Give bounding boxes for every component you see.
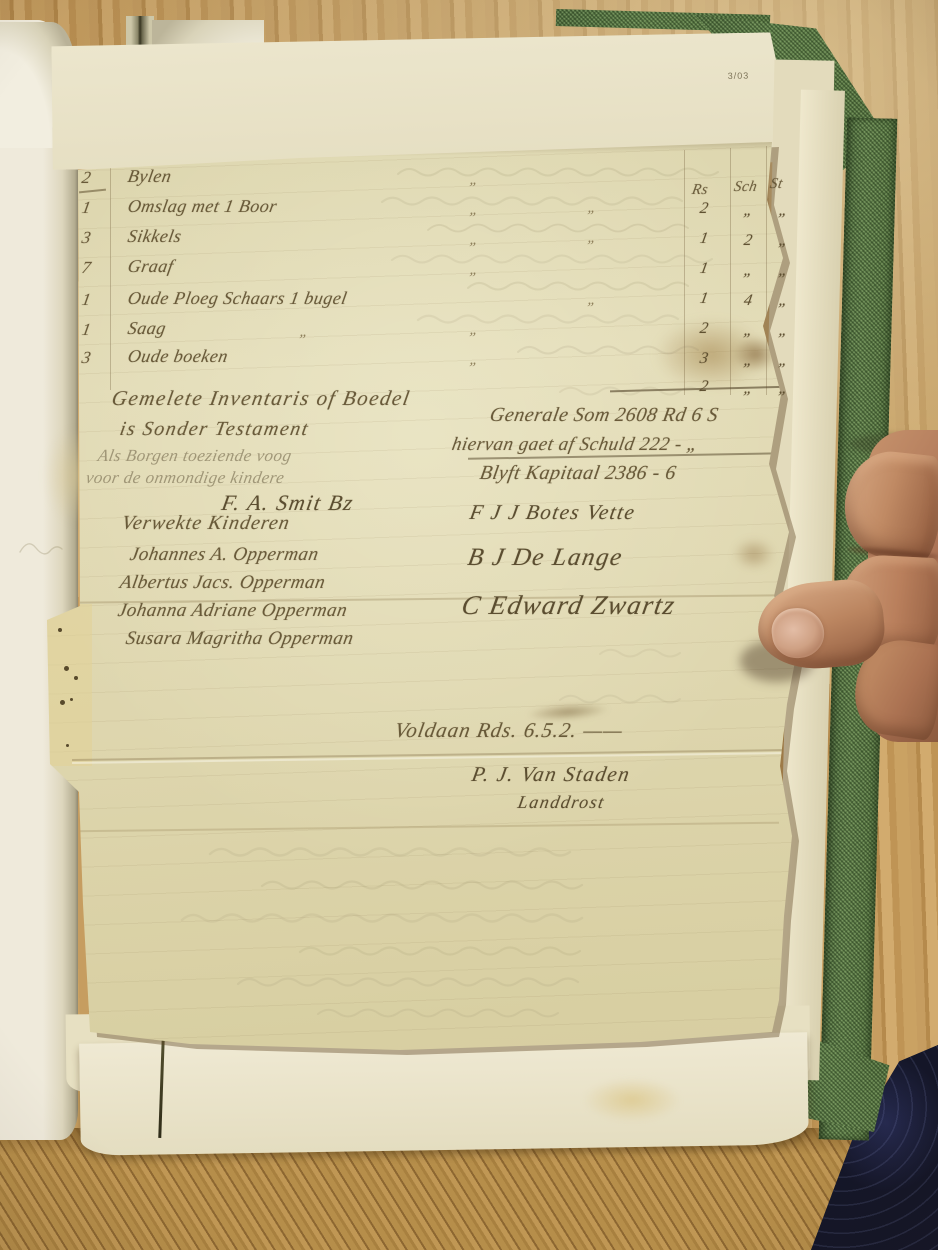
row-item: Graaf: [126, 256, 175, 277]
column-header-schellingen: Sch: [733, 179, 759, 196]
foxing-spot: [60, 700, 65, 705]
closing-line-1: Gemelete Inventaris of Boedel: [110, 386, 413, 411]
row-item: Bylen: [126, 166, 173, 187]
money-column-rule: [684, 150, 685, 395]
closing-line-2: is Sonder Testament: [118, 418, 311, 441]
witness-signature: B J De Lange: [466, 544, 626, 572]
row-item: Saag: [126, 318, 168, 339]
child-name: Albertus Jacs. Opperman: [118, 572, 327, 594]
money-column-rule: [730, 148, 731, 395]
foxing-spot: [64, 666, 69, 671]
ink-stain: [733, 538, 775, 570]
torn-fragment: [46, 604, 92, 766]
row-item: Sikkels: [126, 226, 183, 247]
witness-signature: F J J Botes Vette: [468, 500, 638, 525]
child-name: Susara Magritha Opperman: [124, 628, 355, 650]
column-header-rixdollars: Rs: [691, 182, 710, 199]
photo-of-archival-document: 3/03: [0, 0, 938, 1250]
pencil-note-1: Als Borgen toeziende voog: [96, 446, 293, 466]
paid-note: Voldaan Rds. 6.5.2. ——: [393, 718, 625, 743]
row-item: Omslag met 1 Boor: [126, 196, 279, 217]
sum-capital: Blyft Kapitaal 2386 - 6: [478, 462, 678, 485]
row-item: Oude boeken: [126, 346, 230, 367]
left-page-stack: [0, 20, 78, 1140]
foxing-spot: [66, 744, 69, 747]
archive-reference-label: 3/03: [728, 71, 750, 81]
pencil-note-2: voor de onmondige kindere: [84, 468, 286, 488]
money-column-rule: [766, 146, 767, 395]
child-name: Johannes A. Opperman: [128, 544, 320, 566]
sum-total: Generale Som 2608 Rd 6 S: [488, 404, 720, 427]
child-name: Johanna Adriane Opperman: [116, 600, 349, 622]
foxing-spot: [74, 676, 78, 680]
foxing-spot: [70, 698, 73, 701]
row-item: Oude Ploeg Schaars 1 bugel: [126, 288, 349, 309]
margin-rule: [110, 160, 111, 390]
foxing-spot: [58, 628, 62, 632]
official-title: Landdrost: [516, 792, 607, 813]
column-header-stuivers: St: [769, 176, 785, 193]
bottom-page-stain: [583, 1078, 681, 1122]
children-heading: Verwekte Kinderen: [120, 512, 292, 535]
sum-debt: hiervan gaet af Schuld 222 - „: [450, 434, 700, 456]
official-signature: P. J. Van Staden: [470, 762, 633, 787]
witness-signature: C Edward Zwartz: [459, 590, 678, 621]
